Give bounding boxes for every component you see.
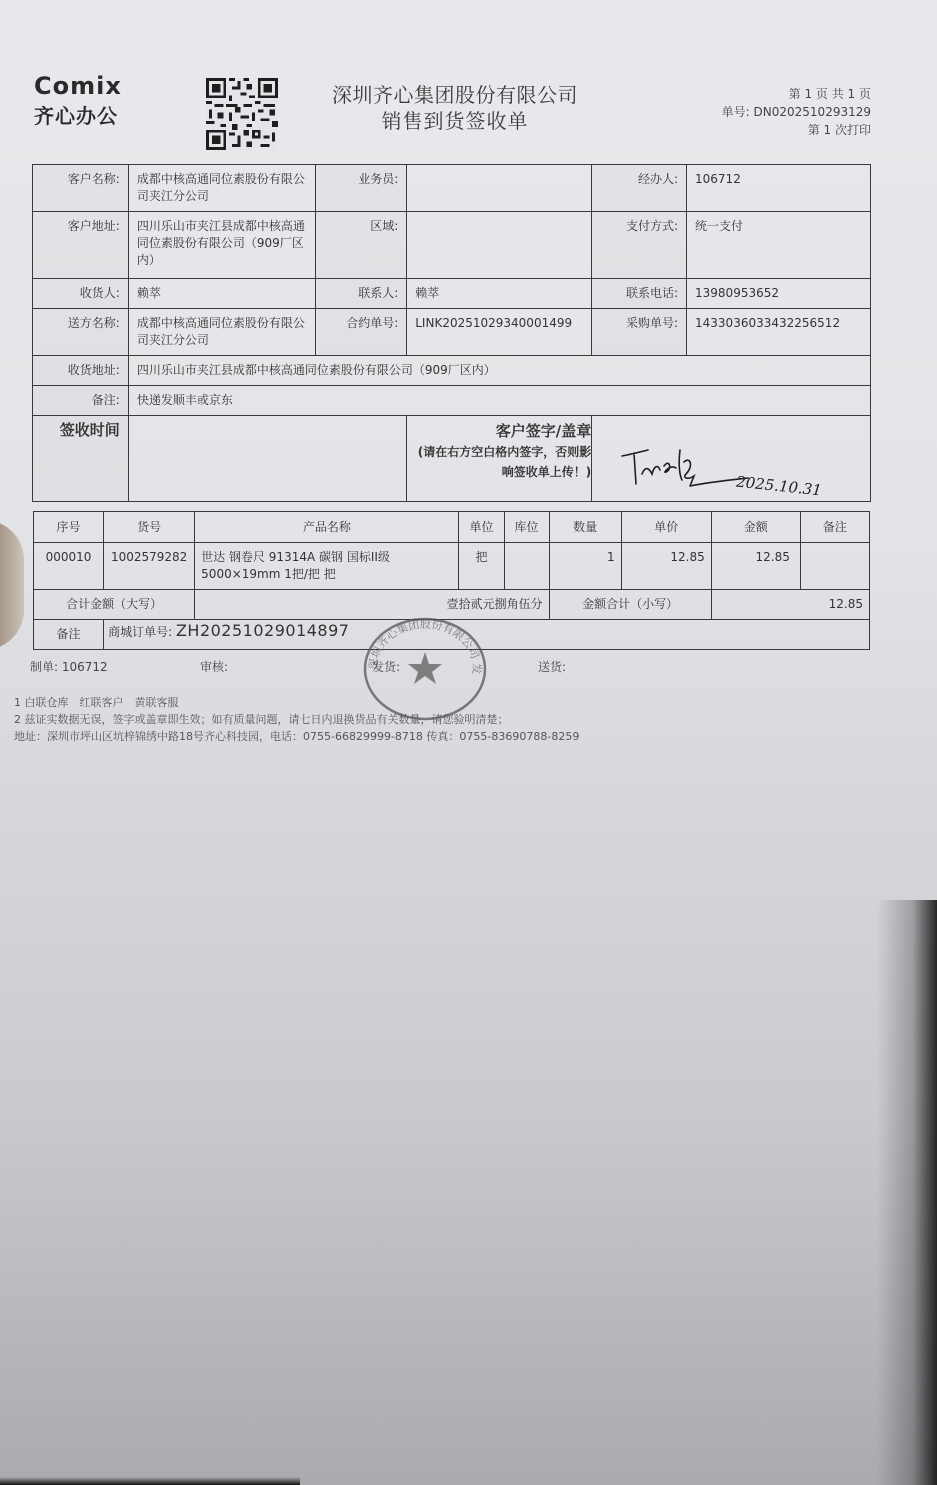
- contact-label: 联系人:: [316, 279, 407, 309]
- payment-method: 统一支付: [687, 212, 871, 279]
- sign-time-field[interactable]: [128, 416, 406, 502]
- customer-address-label: 客户地址:: [33, 212, 129, 279]
- po-label: 采购单号:: [592, 309, 687, 356]
- finger-holding-paper: [0, 520, 24, 650]
- mall-order-label: 商城订单号:: [108, 625, 172, 639]
- table-row: 000010 1002579282 世达 钢卷尺 91314A 碳钢 国标II级…: [34, 543, 870, 590]
- consignee: 赖萃: [128, 279, 316, 309]
- item-unit: 把: [459, 543, 504, 590]
- handler: 106712: [687, 165, 871, 212]
- comix-logo: Comix 齐心办公: [34, 74, 122, 129]
- payment-label: 支付方式:: [592, 212, 687, 279]
- note-copies: 1 白联仓库 红联客户 黄联客服: [14, 694, 579, 711]
- header-unit-price: 单价: [621, 512, 711, 543]
- contact: 赖萃: [407, 279, 592, 309]
- ship-to-label: 送方名称:: [33, 309, 129, 356]
- total-upper-label: 合计金额（大写）: [34, 590, 195, 620]
- item-note: [800, 543, 869, 590]
- po-number: 1433036033432256512: [687, 309, 871, 356]
- customer-sign-label: 客户签字/盖章: [413, 420, 591, 442]
- sign-time-label: 签收时间: [33, 416, 129, 502]
- maker-label: 制单:: [30, 660, 58, 674]
- document-meta: 第 1 页 共 1 页 单号: DN0202510293129 第 1 次打印: [722, 85, 871, 139]
- header-seq: 序号: [34, 512, 104, 543]
- remark-label: 备注:: [33, 386, 129, 416]
- header-note: 备注: [800, 512, 869, 543]
- total-lower: 12.85: [711, 590, 869, 620]
- company-address: 地址：深圳市坪山区坑梓锦绣中路18号齐心科技园，电话：0755-66829999…: [14, 728, 579, 745]
- logo-en: Comix: [34, 74, 122, 98]
- contract-number: LINK20251029340001499: [407, 309, 592, 356]
- maker: 制单: 106712: [30, 658, 108, 675]
- order-remark-label: 备注: [34, 620, 104, 650]
- header-sku: 货号: [104, 512, 195, 543]
- item-seq: 000010: [34, 543, 104, 590]
- delivery-address-label: 收货地址:: [33, 356, 129, 386]
- salesperson-label: 业务员:: [316, 165, 407, 212]
- print-count: 第 1 次打印: [722, 121, 871, 139]
- header-qty: 数量: [549, 512, 621, 543]
- doc-number-line: 单号: DN0202510293129: [722, 103, 871, 121]
- customer-address: 四川乐山市夹江县成都中核高通同位素股份有限公司（909厂区内）: [128, 212, 316, 279]
- customer-sign-instructions: 客户签字/盖章 (请在右方空白格内签字，否则影响签收单上传！): [407, 416, 592, 502]
- region-label: 区域:: [316, 212, 407, 279]
- footer-notes: 1 白联仓库 红联客户 黄联客服 2 兹证实数据无误，签字或盖章即生效；如有质量…: [14, 694, 579, 745]
- page-info: 第 1 页 共 1 页: [722, 85, 871, 103]
- totals-row: 合计金额（大写） 壹拾贰元捌角伍分 金额合计（小写） 12.85: [34, 590, 870, 620]
- customer-sign-hint: (请在右方空白格内签字，否则影响签收单上传！): [413, 442, 591, 482]
- item-location: [504, 543, 549, 590]
- item-unit-price: 12.85: [621, 543, 711, 590]
- header-amount: 金额: [711, 512, 800, 543]
- bottom-shadow: [0, 1477, 300, 1485]
- total-upper: 壹拾贰元捌角伍分: [195, 590, 549, 620]
- phone-label: 联系电话:: [592, 279, 687, 309]
- signature-field[interactable]: 2025.10.31: [592, 416, 871, 502]
- document-title: 销售到货签收单: [325, 108, 585, 134]
- document-paper: Comix 齐心办公 深圳齐心集团股份有限公司 销售到货签收单 第 1 页 共 …: [0, 0, 937, 1485]
- maker-value: 106712: [62, 660, 108, 674]
- review-label: 审核:: [200, 658, 228, 675]
- region: [407, 212, 592, 279]
- total-lower-label: 金额合计（小写）: [549, 590, 711, 620]
- delivery-address: 四川乐山市夹江县成都中核高通同位素股份有限公司（909厂区内）: [128, 356, 870, 386]
- qr-code-icon: [205, 78, 279, 150]
- item-name: 世达 钢卷尺 91314A 碳钢 国标II级 5000×19mm 1把/把 把: [195, 543, 459, 590]
- header-product-name: 产品名称: [195, 512, 459, 543]
- remark: 快递发顺丰或京东: [128, 386, 870, 416]
- mall-order-number: ZH20251029014897: [176, 621, 350, 640]
- salesperson: [407, 165, 592, 212]
- company-name: 深圳齐心集团股份有限公司: [325, 82, 585, 108]
- item-amount: 12.85: [711, 543, 800, 590]
- header-unit: 单位: [459, 512, 504, 543]
- item-qty: 1: [549, 543, 621, 590]
- deliver-label: 送货:: [538, 658, 566, 675]
- note-terms: 2 兹证实数据无误，签字或盖章即生效；如有质量问题，请七日内退换货品有关数量，请…: [14, 711, 579, 728]
- items-header-row: 序号 货号 产品名称 单位 库位 数量 单价 金额 备注: [34, 512, 870, 543]
- logo-cn: 齐心办公: [34, 100, 122, 129]
- customer-name: 成都中核高通同位素股份有限公司夹江分公司: [128, 165, 316, 212]
- title-block: 深圳齐心集团股份有限公司 销售到货签收单: [325, 82, 585, 134]
- delivery-info-table: 客户名称: 成都中核高通同位素股份有限公司夹江分公司 业务员: 经办人: 106…: [32, 164, 871, 502]
- doc-number: DN0202510293129: [754, 105, 871, 119]
- phone: 13980953652: [687, 279, 871, 309]
- header-location: 库位: [504, 512, 549, 543]
- ship-to: 成都中核高通同位素股份有限公司夹江分公司: [128, 309, 316, 356]
- consignee-label: 收货人:: [33, 279, 129, 309]
- customer-name-label: 客户名称:: [33, 165, 129, 212]
- doc-number-label: 单号:: [722, 105, 750, 119]
- contract-label: 合约单号:: [316, 309, 407, 356]
- item-sku: 1002579282: [104, 543, 195, 590]
- handler-label: 经办人:: [592, 165, 687, 212]
